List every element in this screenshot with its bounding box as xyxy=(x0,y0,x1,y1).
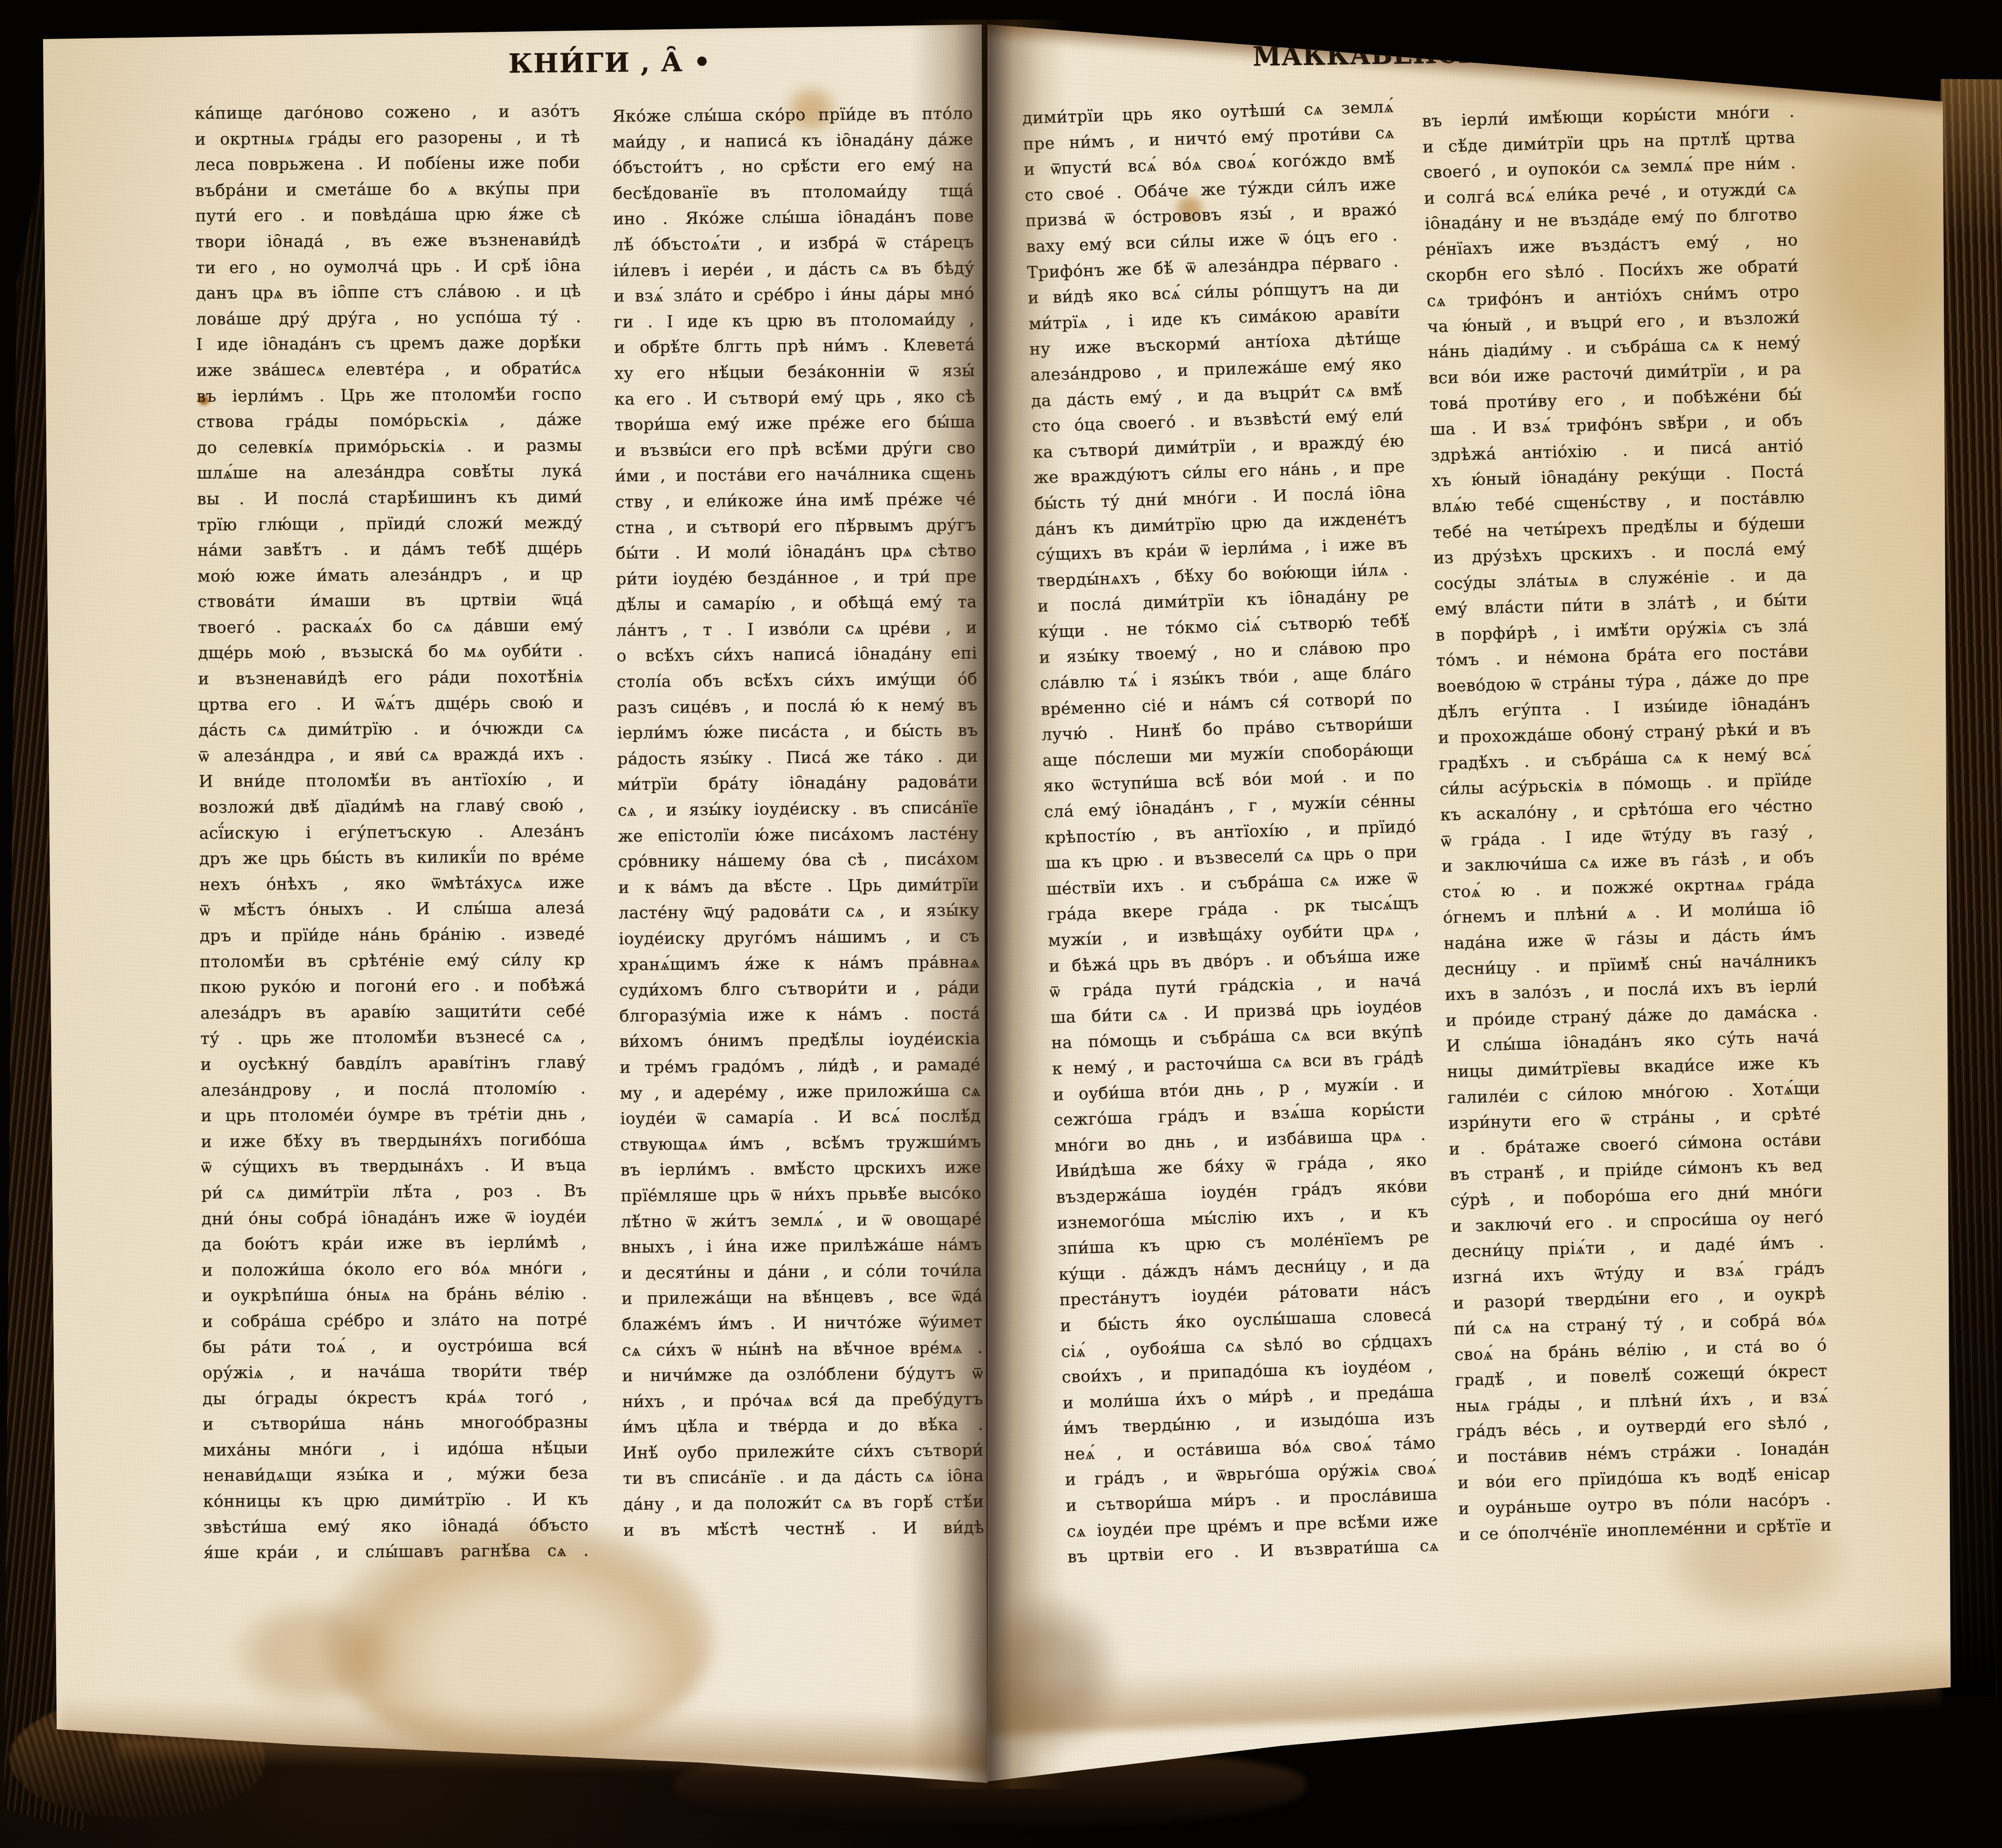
text-line: да бою́тъ кра́и иже въ іерли́мѣ , xyxy=(201,1229,587,1257)
text-line: дѣ́лы и самарі́ю , и обѣща́ ему́ та xyxy=(616,589,977,617)
text-line: и ничи́мже да озло́блени бу́дутъ ѿ xyxy=(622,1360,983,1389)
text-line: и́мъ цѣ́ла и тве́рда и до вѣ́ка . xyxy=(622,1412,983,1440)
text-line: лѣ́ о́бъстоѧ́ти , и избра́ ѿ ста́рецъ xyxy=(613,229,974,258)
text-line: сѧ , и язы́ку іоуде́иску . въ списа́нїе xyxy=(617,795,978,823)
text-line: ству , и ели́коже и́на имѣ́ пре́же че́ xyxy=(615,486,976,515)
text-line: ко́нницы къ црю дими́трїю . И къ xyxy=(203,1486,588,1514)
text-line: цртва его . И ѿѧ́тъ дще́рь свою́ и xyxy=(198,690,583,717)
running-title-right: МАККАВЕ́НСКІЕ • xyxy=(1253,37,1540,72)
text-line: и црь птоломе́и о́умре въ тре́тіи днь , xyxy=(201,1101,586,1129)
text-line: Яко́же слы́ша ско́ро прїи́де въ пто́ло xyxy=(612,101,973,129)
text-line: ни́хъ , и про́чаѧ вся́ да пребу́дутъ xyxy=(622,1386,983,1414)
text-line: ды о́грады о́крестъ кра́ѧ того́ , xyxy=(202,1384,588,1412)
text-line: маи́ду , и написа́ къ іо̑нада́ну да́же xyxy=(612,127,973,155)
text-line: суди́хомъ блго сътвори́ти и , ра́ди xyxy=(619,975,980,1003)
text-line: до селевкі́ѧ примо́рьскіѧ . и размы xyxy=(197,433,582,460)
text-line: и десяти́ны и да́ни , и со́ли точи́ла xyxy=(621,1258,982,1286)
text-line: разъ сице́въ , и посла́ ю́ к нему́ въ xyxy=(617,692,978,720)
text-line: алеза́ндрову , и посла́ птоломі́ю . xyxy=(200,1075,586,1103)
stain xyxy=(230,1598,396,1711)
text-line: ствова гра́ды помо́рьскіѧ , да́же xyxy=(197,407,582,435)
text-line: и взѧ́ зла́то и сре́бро і и́ны да́ры мно… xyxy=(614,281,974,309)
book-photograph: КНИ́ГИ , А̑ • ка́пище даго́ново сожено ,… xyxy=(0,0,2002,1848)
text-line: леса поврьжена . И побі́ены иже поби xyxy=(195,150,580,177)
text-line: звѣсти́ша ему́ яко іо̑нада́ о́бъсто xyxy=(203,1512,589,1540)
text-column-3: дими́трїи црь яко оутѣши́ сѧ землѧ́пре н… xyxy=(1022,94,1439,1570)
text-line: ствова́ти и́маши въ цртвіи ѿца́ xyxy=(198,587,583,614)
text-line: и собра́ша сре́бро и зла́то на потре́ xyxy=(202,1306,587,1334)
text-line: да́ну , и да положи́т сѧ въ горѣ́ стѣ́и xyxy=(623,1489,984,1517)
text-line: лѣ́тно ѿ жи́тъ землѧ́ , и ѿ овощаре́ xyxy=(621,1206,982,1235)
text-line: вныхъ , і и́на иже прилѣжа́ше на́мъ xyxy=(621,1232,982,1260)
text-line: твоего́ . раскаѧ́х бо сѧ да́вши ему́ xyxy=(198,612,583,640)
text-line: блгоразу́міа иже к на́мъ . поста́ xyxy=(619,1000,980,1029)
text-line: пути́ его . и повѣда́ша црю я́же сѣ xyxy=(195,201,580,229)
text-line: ѿ су́щихъ въ твердына́хъ . И въца xyxy=(201,1152,586,1180)
text-line: сро́внику на́шему о́ва сѣ , писа́хом xyxy=(618,846,979,874)
burnt-top-edge-left xyxy=(0,5,1027,40)
text-line: му , и адере́му , иже приложи́ша сѧ xyxy=(620,1078,981,1106)
text-line: Инѣ́ оубо прилежи́те си́хъ сътвори́ xyxy=(622,1437,983,1466)
text-line: и иже бѣ́ху въ твердыня́хъ погибо́ша xyxy=(201,1127,586,1154)
folio-flourish-icon xyxy=(1804,38,1863,55)
text-line: дръ и прїи́де на́нь бра́нію . изведе́ xyxy=(199,921,585,949)
text-line: ри́ти іоуде́ю безда́нное , и три́ пре xyxy=(616,564,976,592)
text-line: ту́ . црь же птоломѣ́и възнесе́ сѧ , xyxy=(200,1024,586,1052)
text-line: птоломѣ́и въ срѣте́ніе ему́ си́лу кр xyxy=(200,947,585,975)
text-line: ласте́ну ѿцу́ радова́ти сѧ , и язы́ку xyxy=(618,898,979,926)
text-line: іоуде́и ѿ самарі́а . И всѧ́ послѣ́д xyxy=(620,1103,981,1131)
text-line: и възненави́дѣ его ра́ди похотѣ́ніѧ xyxy=(198,664,583,692)
text-line: хранѧ́щимъ я́же к на́мъ пра́внаѧ xyxy=(619,949,980,978)
text-line: ху его нѣ́цыи беза́конніи ѿ язы́ xyxy=(614,358,975,386)
text-line: шлѧ́ше на алеза́ндра совѣ́ты лука́ xyxy=(197,458,582,486)
text-line: миха́ны мно́ги , і идо́ша нѣ́цыи xyxy=(203,1435,588,1463)
text-line: алеза́дръ въ араві́ю защити́ти себе́ xyxy=(200,998,585,1026)
text-line: и оукрѣпи́ша о́ныѧ на бра́нь ве́лію . xyxy=(202,1281,587,1308)
text-line: трїю глю́щи , прїиди́ сложи́ между́ xyxy=(197,510,582,538)
text-line: о́бъстои́тъ , но срѣ́сти его ему́ на xyxy=(613,152,973,180)
text-line: и прилежа́щи на вѣ́нцевъ , все ѿда́ xyxy=(621,1283,982,1311)
text-line: бы ра́ти тоѧ́ , и оустро́иша вся́ xyxy=(202,1332,587,1360)
text-line: въбра́ни и смета́ше бо ѧ вку́пы при xyxy=(195,175,580,203)
text-line: ѿ алеза́ндра , и яви́ сѧ вражда́ ихъ . xyxy=(198,741,584,769)
text-line: вы . И посла́ старѣ́ишинъ къ дими́ xyxy=(197,484,582,512)
text-line: прїе́мляше црь ѿ ни́хъ прьвѣ́е высо́ко xyxy=(620,1180,981,1209)
text-line: столі́а объ всѣ́хъ си́хъ иму́щи о́б xyxy=(616,666,977,695)
text-line: стна , и сътвори́ его пѣ́рвымъ дру́гъ xyxy=(616,512,976,541)
text-line: и окртныѧ гра́ды его разорены , и тѣ xyxy=(195,124,580,152)
text-line: ти его , но оумолча́ црь . И срѣ́ іо̑на xyxy=(196,253,581,281)
text-line: и к ва́мъ да вѣ́сте . Црь дими́трїи xyxy=(618,872,979,900)
text-line: и възвы́си его прѣ всѣ́ми дру́ги сво xyxy=(615,435,975,463)
text-line: дръ же црь бы́сть въ киликї́и по вре́ме xyxy=(199,844,584,871)
folio-number: ли а̑і xyxy=(1801,55,1863,78)
text-column-2: Яко́же слы́ша ско́ро прїи́де въ пто́лома… xyxy=(612,101,985,1569)
text-line: въ іерли́мъ . Црь же птоломѣ́и госпо xyxy=(197,381,582,409)
text-line: и́ми , и поста́ви его нача́лника сщень xyxy=(615,460,976,489)
text-line: ка его . И сътвори́ ему́ црь , яко сѣ xyxy=(615,384,975,412)
text-line: бесѣ́дованїе въ птоломаи́ду тща́ xyxy=(613,178,973,206)
text-line: ка́пище даго́ново сожено , и азо́тъ xyxy=(195,98,580,126)
text-line: лова́ше дру́ дру́га , но успо́ша ту́ . xyxy=(196,304,581,332)
text-line: ѿ мѣ́стъ о́ныхъ . И слы́ша алеза́ xyxy=(199,895,585,923)
text-line: въ іерли́мъ . вмѣ́сто црскихъ иже xyxy=(620,1154,981,1183)
text-line: асї́искую і егу́петъскую . Алеза́нъ xyxy=(199,818,584,846)
text-line: іоуде́иску друго́мъ на́шимъ , и съ xyxy=(618,923,979,952)
text-line: дще́рь мою́ , възыска́ бо мѧ оуби́ти . xyxy=(198,638,583,666)
text-column-4: въ іерли́ имѣ́ющи коры́сти мно́ги .и сѣ́… xyxy=(1422,99,1832,1547)
text-line: ти въ списа́нїе . и да да́сть сѧ іо̑на xyxy=(623,1463,984,1492)
text-line: и оусѣкну́ бавді́лъ араві́тінъ главу́ xyxy=(200,1049,586,1077)
text-line: же епістолїи ю́же писа́хомъ ласте́ну xyxy=(618,821,979,849)
text-line: блаже́мъ и́мъ . И ничто́же ѿу́имет xyxy=(621,1309,982,1337)
text-line: мою́ юже и́мать алеза́ндръ , и цр xyxy=(198,561,583,589)
text-line: І иде іо̑нада́нъ съ цремъ даже дорѣ́ки xyxy=(196,330,581,358)
text-line: возложи́ двѣ́ дїади́мѣ на главу́ свою́ , xyxy=(199,792,584,820)
text-line: нехъ о́нѣхъ , яко ѿмѣта́хусѧ иже xyxy=(199,870,585,897)
text-line: ствующаѧ и́мъ , всѣ́мъ тружши́мъ xyxy=(620,1129,981,1157)
text-line: данъ црѧ въ іо̑ппе стъ сла́вою . и цѣ xyxy=(196,278,581,306)
text-line: твори іо̑нада́ , въ еже възненави́дѣ xyxy=(196,227,581,255)
text-line: ми́трїи бра́ту іо̑нада́ну радова́ти xyxy=(617,769,978,798)
text-line: и въ мѣ́стѣ честнѣ́ . И ви́дѣ xyxy=(623,1515,984,1543)
text-line: о всѣ́хъ си́хъ написа́ іо̑нада́ну епі xyxy=(616,641,977,669)
text-line: ри́ сѧ дими́трїи лѣ́та , роз . Въ xyxy=(201,1178,586,1206)
text-line: ино . Яко́же слы́ша іо̑нада́нъ пове xyxy=(613,204,974,232)
text-line: іи́левъ і иере́и , и да́сть сѧ въ бѣду́ xyxy=(613,255,974,283)
text-line: іерли́мъ ю́же писа́ста , и бы́сть въ xyxy=(617,717,978,746)
text-line: сѧ си́хъ ѿ ны́нѣ на вѣ́чное вре́мѧ . xyxy=(622,1335,983,1363)
text-line: ору́жіѧ , и нача́ша твори́ти тве́р xyxy=(202,1358,588,1386)
text-line: ненави́дѧщи язы́ка и , му́жи беза xyxy=(203,1461,588,1489)
text-line: иже зва́шесѧ елевте́ра , и обрати́сѧ xyxy=(196,355,581,383)
text-line xyxy=(623,1540,984,1568)
text-line: ра́дость язы́ку . Писа́ же та́ко . ди xyxy=(617,743,978,772)
text-line: и положи́ша о́коло его во́ѧ мно́ги , xyxy=(201,1255,587,1283)
aged-bottom-edge-right xyxy=(988,1636,1957,1735)
text-line: ги . І иде къ црю въ птоломаи́ду , xyxy=(614,306,974,335)
text-line: да́сть сѧ дими́трїю . и о́чюжди сѧ xyxy=(198,715,584,743)
text-line: твори́ша ему́ иже пре́же его бы́ша xyxy=(615,409,975,437)
text-column-1: ка́пище даго́ново сожено , и азо́тъи окр… xyxy=(195,98,589,1566)
text-line: ви́хомъ о́нимъ предѣ́лы іоуде́искіа xyxy=(619,1026,980,1055)
running-title-left: КНИ́ГИ , А̑ • xyxy=(508,46,712,79)
text-line: бы́ти . И моли́ іо̑нада́нъ црѧ сѣтво xyxy=(616,538,976,566)
text-line: ла́нтъ , т . І изво́ли сѧ цре́ви , и xyxy=(616,615,977,643)
stain xyxy=(1789,103,1965,406)
text-line: и тре́мъ градо́мъ , ли́дѣ , и рамаде́ xyxy=(619,1052,980,1080)
text-line: я́ше кра́и , и слы́шавъ рагнѣ́ва сѧ . xyxy=(203,1538,589,1565)
text-line: И вни́де птоломѣ́и въ антїохі́ю , и xyxy=(198,767,584,795)
text-line: и обрѣ́те блгть прѣ ни́мъ . Клевета́ xyxy=(614,332,975,361)
text-line: и сътвори́ша на́нь многоо́бразны xyxy=(202,1409,588,1437)
text-line: дни́ о́ны собра́ іо̑нада́нъ иже ѿ іоуде́… xyxy=(201,1204,587,1232)
text-line: на́ми завѣ́тъ . и да́мъ тебѣ́ дще́рь xyxy=(197,535,582,563)
text-line: пкою руко́ю и погони́ его . и побѣжа́ xyxy=(200,972,585,1000)
